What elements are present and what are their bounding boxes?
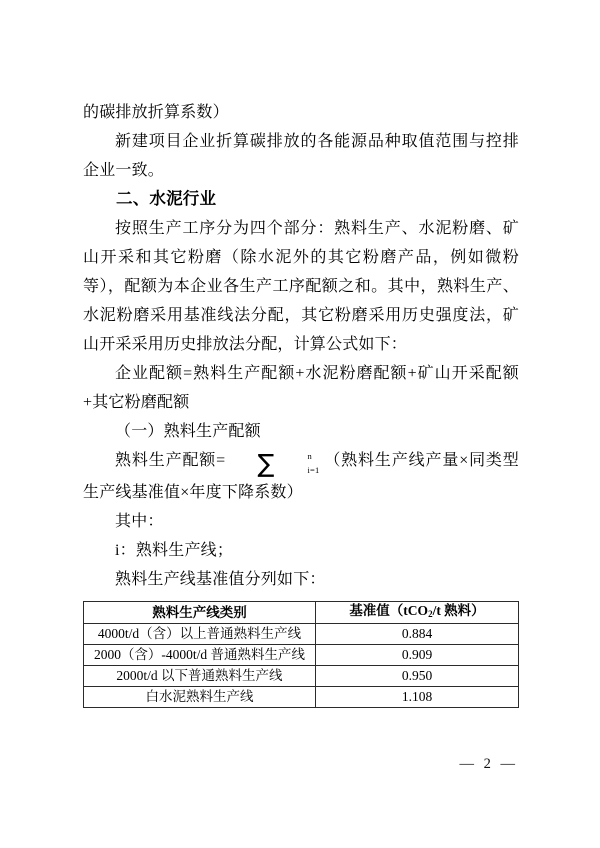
document-body: 的碳排放折算系数） 新建项目企业折算碳排放的各能源品种取值范围与控排企业一致。 … — [83, 98, 519, 708]
summation-expression: ∑ni=1 — [225, 450, 319, 478]
cell-category: 白水泥熟料生产线 — [84, 686, 316, 707]
table-row: 2000（含）-4000t/d 普通熟料生产线 0.909 — [84, 644, 519, 665]
table-header-row: 熟料生产线类别 基准值（tCO2/t 熟料） — [84, 601, 519, 623]
page-number: — 2 — — [460, 756, 519, 773]
table-row: 2000t/d 以下普通熟料生产线 0.950 — [84, 665, 519, 686]
para-benchmark-table-intro: 熟料生产线基准值分列如下： — [83, 565, 519, 594]
document-page: 的碳排放折算系数） 新建项目企业折算碳排放的各能源品种取值范围与控排企业一致。 … — [0, 0, 600, 848]
clinker-benchmark-table: 熟料生产线类别 基准值（tCO2/t 熟料） 4000t/d（含）以上普通熟料生… — [83, 601, 519, 708]
para-enterprise-quota-formula: 企业配额=熟料生产配额+水泥粉磨配额+矿山开采配额+其它粉磨配额 — [83, 359, 519, 417]
benchmark-header-prefix: 基准值（tCO — [349, 603, 428, 618]
sigma-limits: ni=1 — [275, 452, 319, 476]
sigma-symbol: ∑ — [225, 451, 274, 476]
table-row: 4000t/d（含）以上普通熟料生产线 0.884 — [84, 623, 519, 644]
cell-benchmark-value: 0.909 — [316, 644, 519, 665]
para-carbon-coefficient-continuation: 的碳排放折算系数） — [83, 98, 519, 127]
table-row: 白水泥熟料生产线 1.108 — [84, 686, 519, 707]
subsection-heading-clinker-quota: （一）熟料生产配额 — [83, 417, 519, 446]
para-among: 其中： — [83, 507, 519, 536]
formula-prefix: 熟料生产配额= — [115, 452, 225, 469]
cell-benchmark-value: 0.950 — [316, 665, 519, 686]
para-new-project: 新建项目企业折算碳排放的各能源品种取值范围与控排企业一致。 — [83, 127, 519, 185]
table-header-benchmark: 基准值（tCO2/t 熟料） — [316, 601, 519, 623]
formula-clinker-quota: 熟料生产配额=∑ni=1 （熟料生产线产量×同类型生产线基准值×年度下降系数） — [83, 446, 519, 507]
cell-benchmark-value: 1.108 — [316, 686, 519, 707]
para-process-division: 按照生产工序分为四个部分：熟料生产、水泥粉磨、矿山开采和其它粉磨（除水泥外的其它… — [83, 214, 519, 359]
sigma-lower-limit: i=1 — [275, 466, 319, 476]
benchmark-header-suffix: /t 熟料） — [433, 603, 485, 618]
cell-category: 2000（含）-4000t/d 普通熟料生产线 — [84, 644, 316, 665]
table-header-category: 熟料生产线类别 — [84, 601, 316, 623]
sigma-upper-limit: n — [275, 452, 319, 462]
cell-category: 4000t/d（含）以上普通熟料生产线 — [84, 623, 316, 644]
para-clinker-line-definition: i：熟料生产线； — [83, 536, 519, 565]
section-heading-cement-industry: 二、水泥行业 — [83, 185, 519, 214]
cell-category: 2000t/d 以下普通熟料生产线 — [84, 665, 316, 686]
cell-benchmark-value: 0.884 — [316, 623, 519, 644]
